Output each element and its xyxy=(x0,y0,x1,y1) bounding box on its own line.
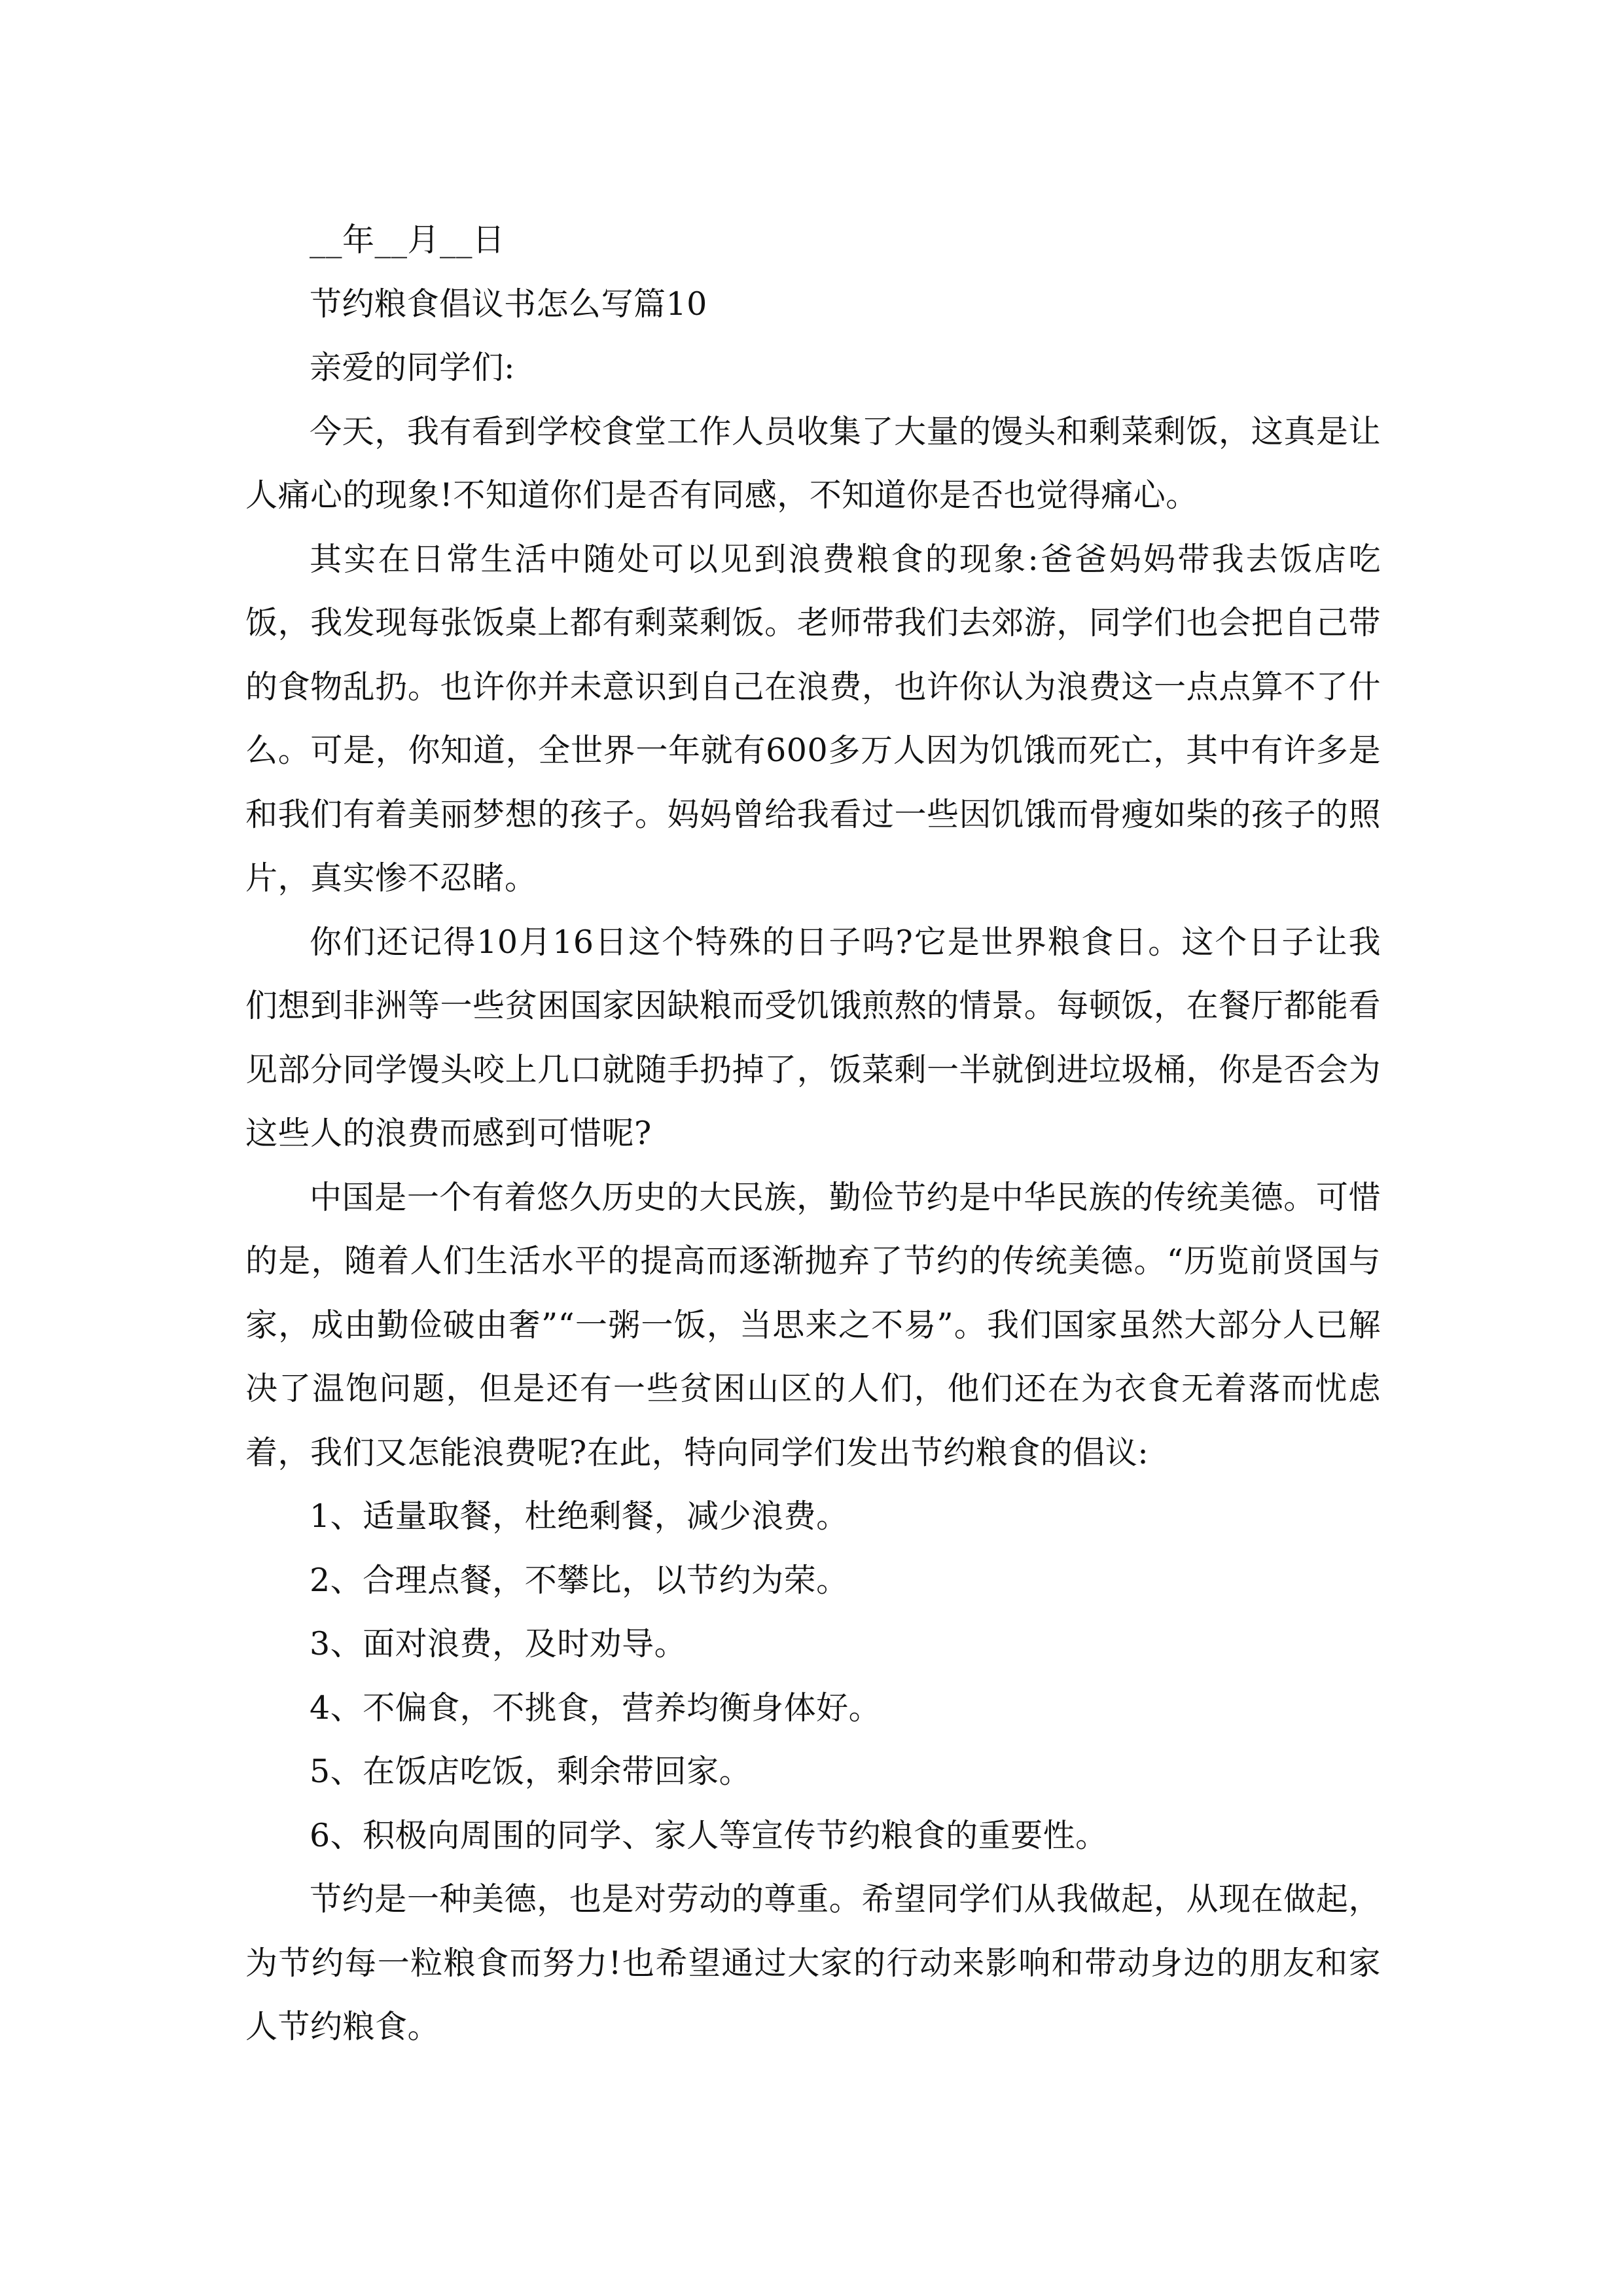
proposal-item: 4、不偏食，不挑食，营养均衡身体好。 xyxy=(245,1676,1381,1740)
proposal-item: 5、在饭店吃饭，剩余带回家。 xyxy=(245,1740,1381,1804)
proposal-item: 1、适量取餐，杜绝剩餐，减少浪费。 xyxy=(245,1484,1381,1549)
document-page: __年__月__日 节约粮食倡议书怎么写篇10 亲爱的同学们: 今天，我有看到学… xyxy=(245,208,1381,2059)
paragraph: 今天，我有看到学校食堂工作人员收集了大量的馒头和剩菜剩饭，这真是让人痛心的现象!… xyxy=(245,400,1381,528)
paragraph: 中国是一个有着悠久历史的大民族，勤俭节约是中华民族的传统美德。可惜的是，随着人们… xyxy=(245,1166,1381,1485)
document-title: 节约粮食倡议书怎么写篇10 xyxy=(245,272,1381,336)
proposal-item: 3、面对浪费，及时劝导。 xyxy=(245,1612,1381,1676)
closing-paragraph: 节约是一种美德，也是对劳动的尊重。希望同学们从我做起，从现在做起，为节约每一粒粮… xyxy=(245,1867,1381,2059)
paragraph: 你们还记得10月16日这个特殊的日子吗?它是世界粮食日。这个日子让我们想到非洲等… xyxy=(245,910,1381,1166)
proposal-list: 1、适量取餐，杜绝剩餐，减少浪费。 2、合理点餐，不攀比，以节约为荣。 3、面对… xyxy=(245,1484,1381,1867)
proposal-item: 6、积极向周围的同学、家人等宣传节约粮食的重要性。 xyxy=(245,1804,1381,1868)
date-line: __年__月__日 xyxy=(245,208,1381,272)
proposal-item: 2、合理点餐，不攀比，以节约为荣。 xyxy=(245,1549,1381,1613)
paragraph: 其实在日常生活中随处可以见到浪费粮食的现象:爸爸妈妈带我去饭店吃饭，我发现每张饭… xyxy=(245,528,1381,910)
salutation: 亲爱的同学们: xyxy=(245,336,1381,400)
